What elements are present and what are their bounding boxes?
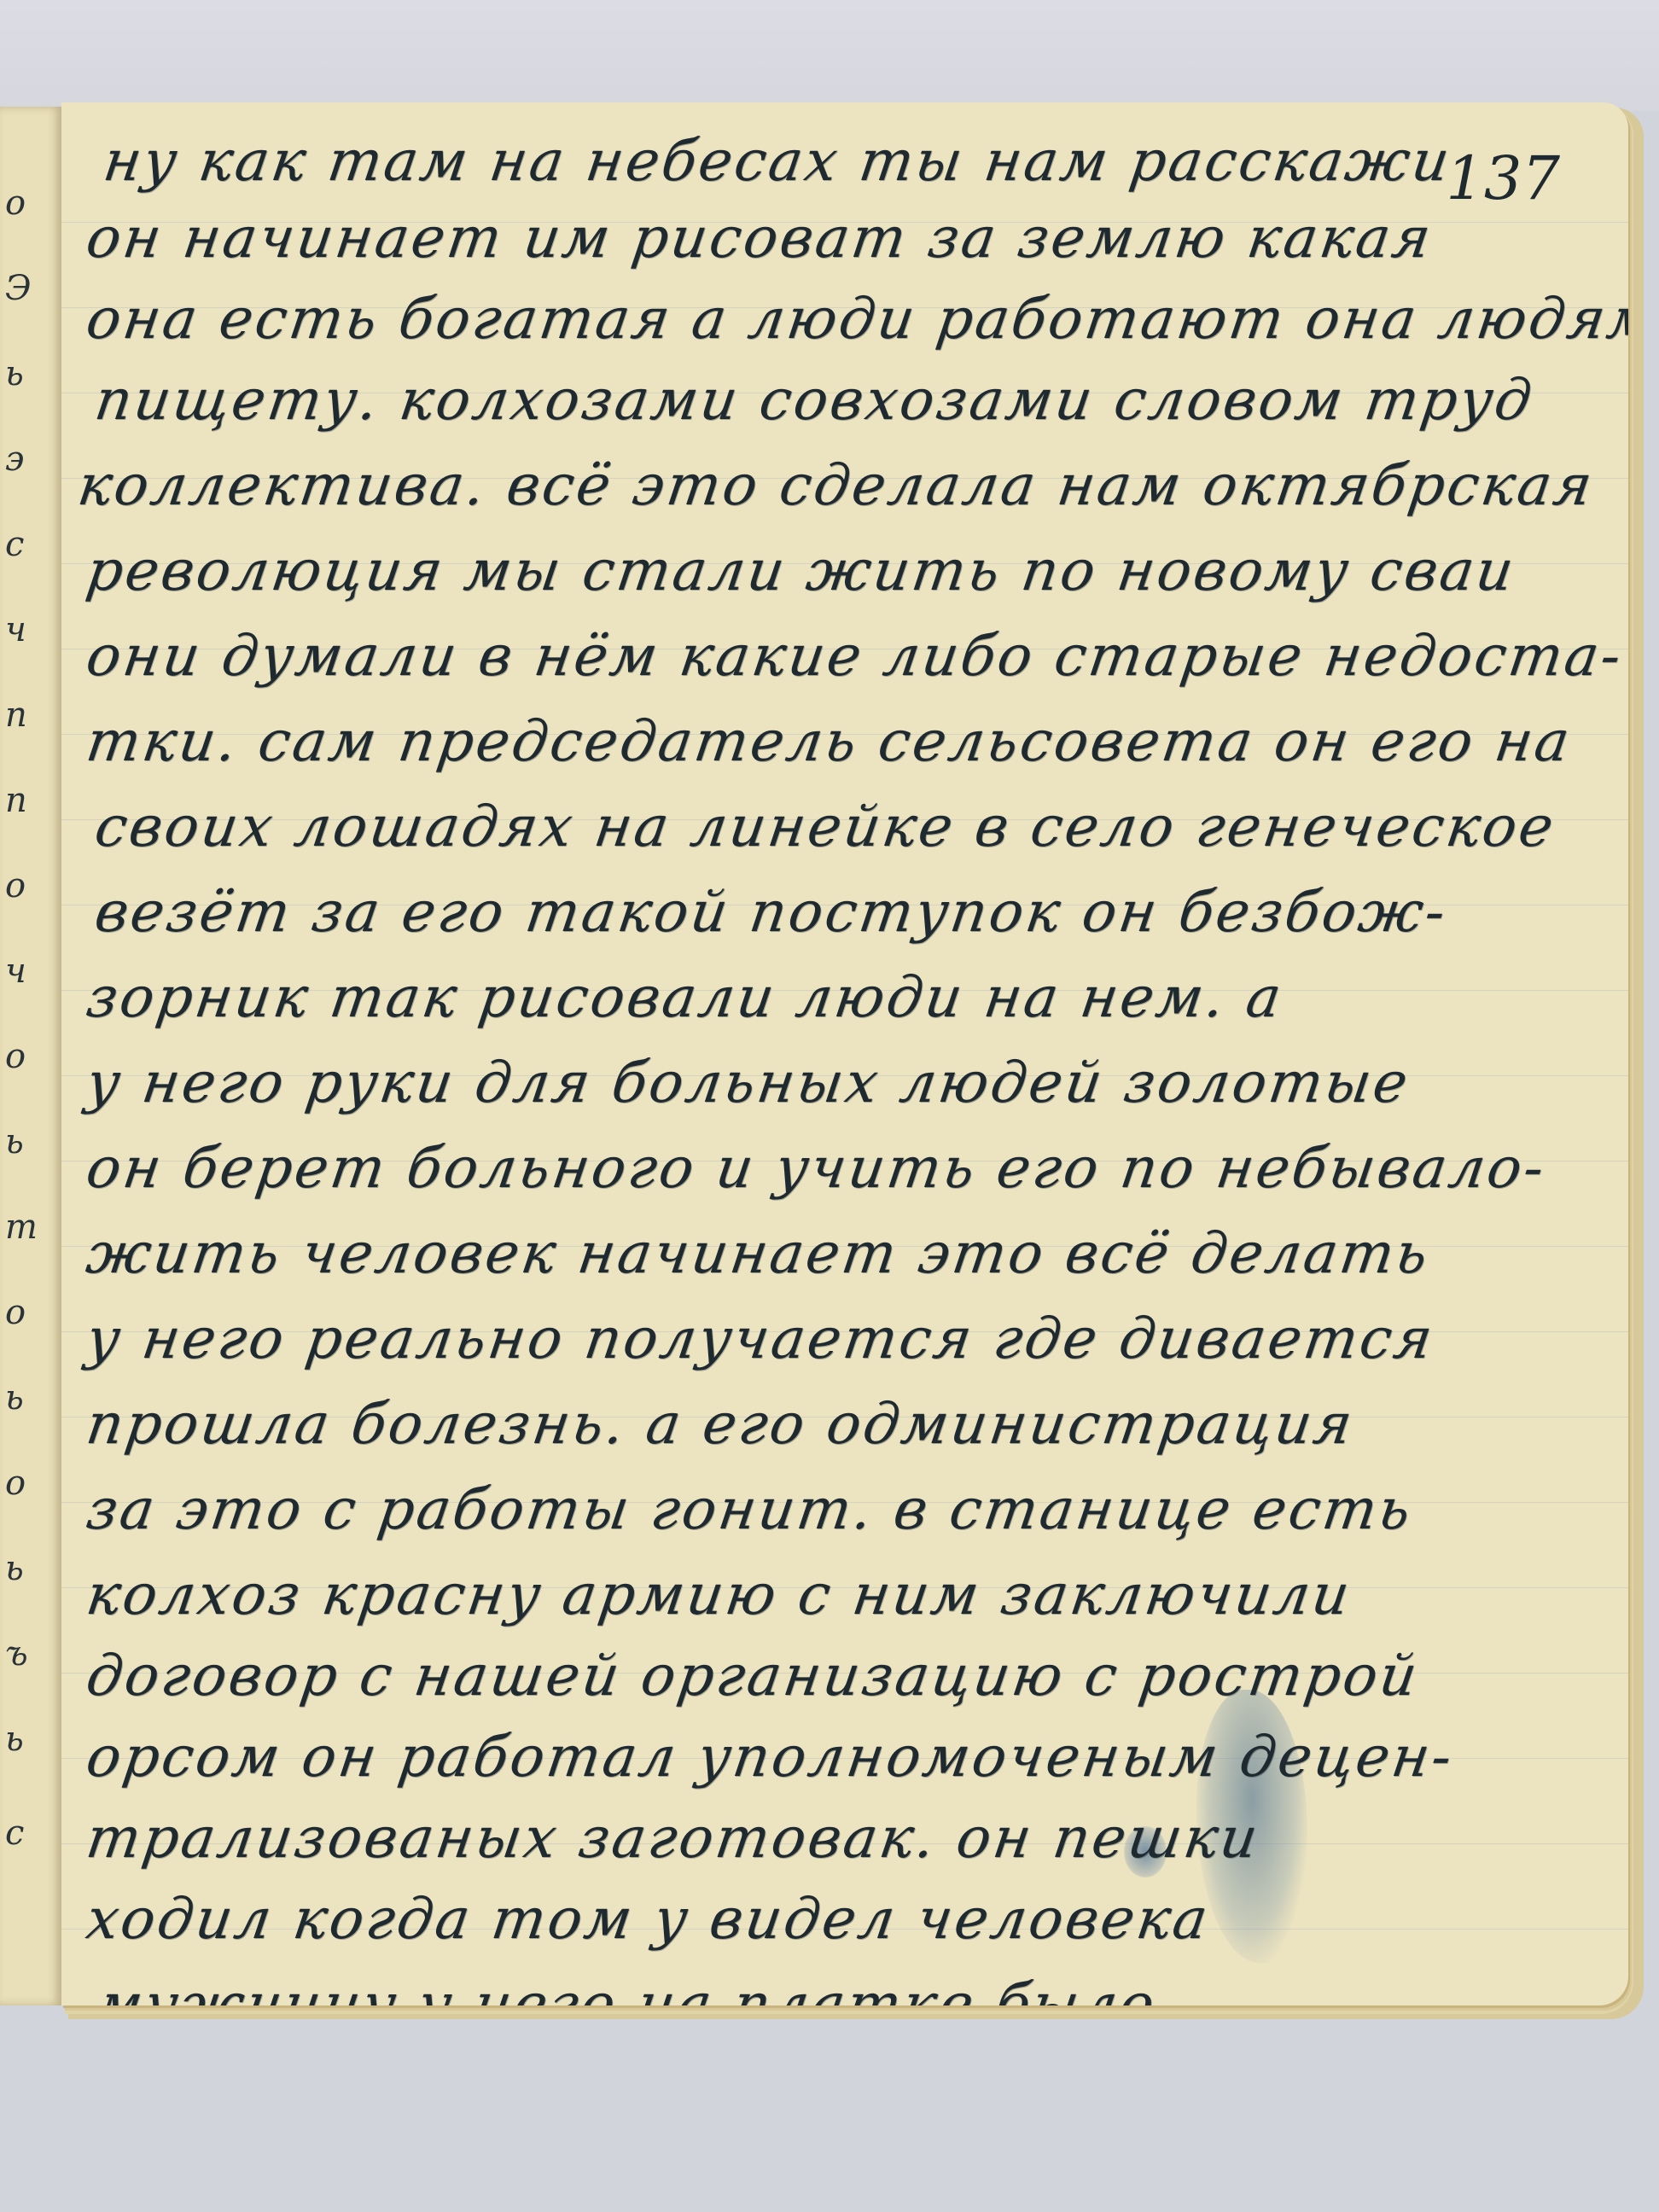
handwritten-line: за это с работы гонит. в станице есть — [83, 1476, 1417, 1542]
left-page-fragment: о — [5, 1037, 26, 1076]
handwritten-line: она есть богатая а люди работают она люд… — [83, 286, 1628, 352]
handwritten-line: договор с нашей организацию с рострой — [83, 1643, 1423, 1708]
backdrop — [0, 0, 1659, 111]
left-page-fragment: с — [5, 1813, 24, 1853]
handwritten-line: орсом он работал уполномоченым децен- — [83, 1724, 1458, 1790]
left-page-fragment: ь — [5, 1720, 24, 1759]
notebook-page: 137 ну как там на небесах ты нам расскаж… — [61, 102, 1628, 2005]
left-page-fragment: о — [5, 1464, 26, 1503]
handwritten-line: зорник так рисовали люди на нем. а — [83, 964, 1288, 1030]
left-page-fragment: ч — [5, 610, 26, 649]
handwritten-line: ну как там на небесах ты нам расскажи — [100, 128, 1456, 194]
handwritten-line: мужчину у него на платке было — [91, 1971, 1161, 2005]
handwritten-line: ходил когда том у видел человека — [83, 1886, 1214, 1952]
handwritten-line: коллектива. всё это сделала нам октябрск… — [74, 452, 1598, 518]
left-page-fragment: п — [5, 781, 27, 820]
handwritten-line: революция мы стали жить по новому сваи — [83, 538, 1520, 603]
page-number: 137 — [1446, 143, 1560, 213]
left-page-fragment: э — [5, 439, 24, 479]
left-page-fragment: ъ — [5, 1634, 28, 1674]
handwritten-line: пищету. колхозами совхозами словом труд — [91, 367, 1539, 433]
left-page-fragment: ь — [5, 1549, 24, 1588]
handwritten-line: трализованых заготовак. он пешки — [83, 1805, 1265, 1871]
left-page-fragment: о — [5, 1293, 26, 1332]
left-page-fragment: о — [5, 866, 26, 905]
handwritten-line: тки. сам председатель сельсовета он его … — [83, 708, 1576, 774]
handwritten-line: жить человек начинает это всё делать — [83, 1220, 1435, 1286]
handwritten-line: он начинает им рисоват за землю какая — [83, 205, 1437, 271]
left-page-fragment: о — [5, 183, 26, 223]
handwritten-line: везёт за его такой поступок он безбож- — [91, 879, 1452, 945]
left-page-fragment: т — [5, 1208, 38, 1247]
left-page-fragment: ь — [5, 1378, 24, 1417]
left-page-fragment: ь — [5, 1122, 24, 1161]
left-page-fragment: с — [5, 525, 24, 564]
left-page-fragment: Э — [5, 269, 32, 308]
left-page-fragment: ч — [5, 952, 26, 991]
handwritten-line: у него руки для больных людей золотые — [83, 1050, 1414, 1115]
left-page-fragment: ь — [5, 354, 24, 393]
handwritten-line: у него реально получается где дивается — [83, 1306, 1439, 1371]
handwritten-line: он берет больного и учить его по небывал… — [83, 1135, 1551, 1201]
left-page-edge: о Э ь э с ч п п о ч о ь т о ь о ь ъ ь с — [0, 107, 63, 2005]
handwritten-line: прошла болезнь. а его одминистрация — [83, 1391, 1359, 1457]
handwritten-line: колхоз красну армию с ним заключили — [83, 1562, 1356, 1627]
left-page-fragment: п — [5, 696, 27, 735]
handwritten-line: они думали в нём какие либо старые недос… — [83, 623, 1627, 689]
handwritten-line: своих лошадях на линейке в село генеческ… — [91, 794, 1560, 859]
